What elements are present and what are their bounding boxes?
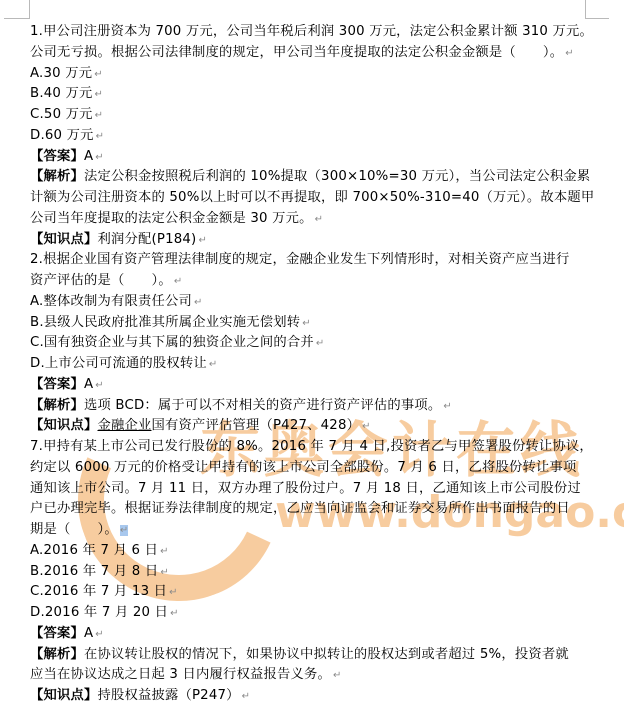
section-label: 【知识点】	[30, 232, 97, 247]
text-line[interactable]: 2.根据企业国有资产管理法律制度的规定，金融企业发生下列情形时，对相关资产应当进…	[30, 250, 610, 271]
text-line[interactable]: A.30 万元↵	[30, 64, 610, 85]
text-line[interactable]: B.县级人民政府批准其所属企业实施无偿划转↵	[30, 313, 610, 334]
text-line[interactable]: 【答案】A↵	[30, 375, 610, 396]
text-line[interactable]: 约定以 6000 万元的价格受让甲持有的该上市公司全部股份。7 月 6 日，乙将…	[30, 458, 610, 479]
selected-paragraph-mark-icon: ↵	[120, 525, 129, 536]
text-line[interactable]: 【解析】在协议转让股权的情况下，如果协议中拟转让的股权达到或者超过 5%，投资者…	[30, 645, 610, 666]
text-line[interactable]: 应当在协议达成之日起 3 日内履行权益报告义务。↵	[30, 665, 610, 686]
line-text: 通知该上市公司。7 月 11 日，双方办理了股份过户。7 月 18 日，乙通知该…	[30, 481, 581, 496]
line-text: 法定公积金按照税后利润的 10%提取（300×10%=30 万元），当公司法定公…	[84, 169, 590, 184]
line-text: B.40 万元	[30, 86, 93, 101]
text-line[interactable]: 计额为公司注册资本的 50%以上时可以不再提取，即 700×50%-310=40…	[30, 188, 610, 209]
line-text: D.2016 年 7 月 20 日	[30, 605, 168, 620]
paragraph-mark-icon: ↵	[333, 670, 342, 681]
paragraph-mark-icon: ↵	[95, 152, 104, 163]
line-text: A.30 万元	[30, 66, 92, 81]
line-text: A.2016 年 7 月 6 日	[30, 543, 158, 558]
paragraph-mark-icon: ↵	[194, 297, 203, 308]
text-line[interactable]: 【答案】A↵	[30, 624, 610, 645]
line-text: 公司无亏损。根据公司法律制度的规定，甲公司当年度提取的法定公积金金额是（ ）。	[30, 45, 563, 60]
paragraph-mark-icon: ↵	[443, 401, 452, 412]
line-text: A.整体改制为有限责任公司	[30, 294, 192, 309]
line-text: B.县级人民政府批准其所属企业实施无偿划转	[30, 315, 300, 330]
paragraph-mark-icon: ↵	[315, 214, 324, 225]
line-text: 选项 BCD：属于可以不对相关的资产进行资产评估的事项。	[84, 398, 441, 413]
line-text: D.上市公司可流通的股权转让	[30, 356, 207, 371]
text-line[interactable]: 期是（ ）。↵	[30, 520, 610, 541]
section-label: 【解析】	[30, 398, 84, 413]
line-text: A	[84, 626, 93, 641]
paragraph-mark-icon: ↵	[174, 276, 183, 287]
line-text: 持股权益披露（P247）	[97, 688, 239, 703]
text-line[interactable]: A.2016 年 7 月 6 日↵	[30, 541, 610, 562]
text-line[interactable]: A.整体改制为有限责任公司↵	[30, 292, 610, 313]
section-label: 【解析】	[30, 647, 84, 662]
text-line[interactable]: D.2016 年 7 月 20 日↵	[30, 603, 610, 624]
paragraph-mark-icon: ↵	[302, 318, 311, 329]
paragraph-mark-icon: ↵	[95, 629, 104, 640]
line-text: 国有资产评估管理（P427、428）	[151, 418, 360, 433]
section-label: 【知识点】	[30, 688, 97, 703]
line-text: A	[84, 149, 93, 164]
line-text: B.2016 年 7 月 8 日	[30, 564, 158, 579]
paragraph-mark-icon: ↵	[94, 69, 103, 80]
line-text: 户已办理完毕。根据证券法律制度的规定，乙应当向证监会和证券交易所作出书面报告的日	[30, 501, 570, 516]
paragraph-mark-icon: ↵	[362, 421, 371, 432]
line-text: C.国有独资企业与其下属的独资企业之间的合并	[30, 335, 314, 350]
line-text: 约定以 6000 万元的价格受让甲持有的该上市公司全部股份。7 月 6 日，乙将…	[30, 460, 576, 475]
paragraph-mark-icon: ↵	[316, 338, 325, 349]
paragraph-mark-icon: ↵	[198, 235, 207, 246]
page-corner-mark-left	[4, 0, 30, 19]
section-label: 【答案】	[30, 377, 84, 392]
line-text: 期是（ ）。	[30, 522, 118, 537]
line-text: 应当在协议达成之日起 3 日内履行权益报告义务。	[30, 667, 331, 682]
paragraph-mark-icon: ↵	[170, 608, 179, 619]
section-label: 【答案】	[30, 626, 84, 641]
paragraph-mark-icon: ↵	[565, 48, 574, 59]
paragraph-mark-icon: ↵	[95, 380, 104, 391]
line-text: D.60 万元	[30, 128, 94, 143]
line-text: 7.甲持有某上市公司已发行股份的 8%。2016 年 7 月 4 日,投资者乙与…	[30, 439, 593, 454]
line-text: 2.根据企业国有资产管理法律制度的规定，金融企业发生下列情形时，对相关资产应当进…	[30, 252, 569, 267]
text-line[interactable]: B.40 万元↵	[30, 84, 610, 105]
paragraph-mark-icon: ↵	[209, 359, 218, 370]
section-label: 【知识点】	[30, 418, 97, 433]
text-line[interactable]: 【解析】法定公积金按照税后利润的 10%提取（300×10%=30 万元），当公…	[30, 167, 610, 188]
line-text: C.50 万元	[30, 107, 93, 122]
line-text: 在协议转让股权的情况下，如果协议中拟转让的股权达到或者超过 5%，投资者就	[84, 647, 569, 662]
section-label: 【解析】	[30, 169, 84, 184]
paragraph-mark-icon: ↵	[160, 546, 169, 557]
text-line[interactable]: C.50 万元↵	[30, 105, 610, 126]
line-text: 利润分配(P184)	[97, 232, 196, 247]
line-text: 公司当年度提取的法定公积金金额是 30 万元。	[30, 211, 313, 226]
text-line[interactable]: 公司当年度提取的法定公积金金额是 30 万元。↵	[30, 209, 610, 230]
document-body[interactable]: 1.甲公司注册资本为 700 万元，公司当年税后利润 300 万元，法定公积金累…	[30, 22, 610, 707]
text-line[interactable]: D.60 万元↵	[30, 126, 610, 147]
line-text: A	[84, 377, 93, 392]
text-line[interactable]: C.国有独资企业与其下属的独资企业之间的合并↵	[30, 333, 610, 354]
underlined-text: 金融企业	[97, 418, 151, 433]
paragraph-mark-icon: ↵	[95, 110, 104, 121]
text-line[interactable]: B.2016 年 7 月 8 日↵	[30, 562, 610, 583]
line-text: 资产评估的是（ ）。	[30, 273, 172, 288]
text-line[interactable]: 户已办理完毕。根据证券法律制度的规定，乙应当向证监会和证券交易所作出书面报告的日	[30, 499, 610, 520]
text-line[interactable]: 【解析】选项 BCD：属于可以不对相关的资产进行资产评估的事项。↵	[30, 396, 610, 417]
text-line[interactable]: 【知识点】金融企业国有资产评估管理（P427、428）↵	[30, 416, 610, 437]
section-label: 【答案】	[30, 149, 84, 164]
text-line[interactable]: 通知该上市公司。7 月 11 日，双方办理了股份过户。7 月 18 日，乙通知该…	[30, 479, 610, 500]
paragraph-mark-icon: ↵	[160, 567, 169, 578]
page-corner-mark-right	[585, 0, 609, 19]
paragraph-mark-icon: ↵	[242, 691, 251, 702]
line-text: C.2016 年 7 月 13 日	[30, 584, 167, 599]
text-line[interactable]: 1.甲公司注册资本为 700 万元，公司当年税后利润 300 万元，法定公积金累…	[30, 22, 610, 43]
text-line[interactable]: 公司无亏损。根据公司法律制度的规定，甲公司当年度提取的法定公积金金额是（ ）。↵	[30, 43, 610, 64]
text-line[interactable]: 【知识点】持股权益披露（P247）↵	[30, 686, 610, 707]
paragraph-mark-icon: ↵	[95, 89, 104, 100]
line-text: 1.甲公司注册资本为 700 万元，公司当年税后利润 300 万元，法定公积金累…	[30, 24, 593, 39]
text-line[interactable]: D.上市公司可流通的股权转让↵	[30, 354, 610, 375]
text-line[interactable]: 7.甲持有某上市公司已发行股份的 8%。2016 年 7 月 4 日,投资者乙与…	[30, 437, 610, 458]
text-line[interactable]: 资产评估的是（ ）。↵	[30, 271, 610, 292]
paragraph-mark-icon: ↵	[169, 587, 178, 598]
text-line[interactable]: 【答案】A↵	[30, 147, 610, 168]
line-text: 计额为公司注册资本的 50%以上时可以不再提取，即 700×50%-310=40…	[30, 190, 594, 205]
paragraph-mark-icon: ↵	[96, 131, 105, 142]
text-line[interactable]: C.2016 年 7 月 13 日↵	[30, 582, 610, 603]
text-line[interactable]: 【知识点】利润分配(P184)↵	[30, 230, 610, 251]
